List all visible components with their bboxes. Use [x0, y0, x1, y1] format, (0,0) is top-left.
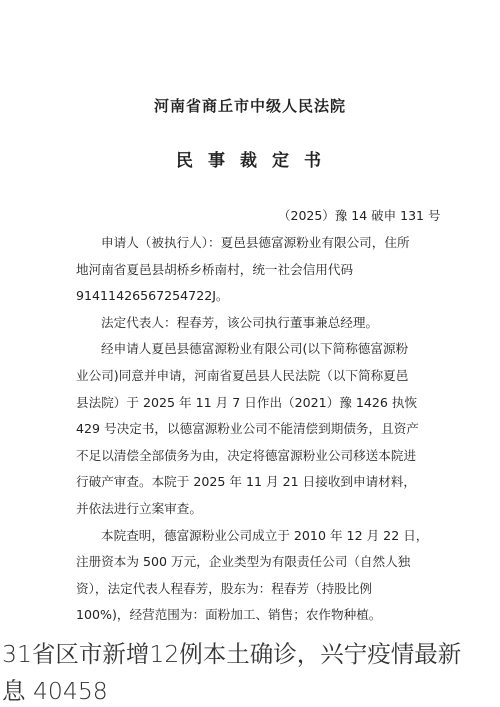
headline-line-2: 息 40458 — [2, 673, 500, 707]
case-number: （2025）豫 14 破申 131 号 — [278, 206, 440, 224]
findings-line: 资），法定代表人程春芳，股东为：程春芳（持股比例 — [76, 583, 372, 596]
paragraph-line: 行破产审查。本院于 2025 年 11 月 21 日接收到申请材料， — [76, 476, 416, 489]
document-type-title: 民事裁定书 — [0, 146, 500, 171]
paragraph-line: 经申请人夏邑县德富源粉业有限公司(以下简称德富源粉 — [101, 343, 408, 356]
applicant-line: 申请人（被执行人）：夏邑县德富源粉业有限公司，住所 — [101, 237, 410, 250]
legal-rep-line: 法定代表人：程春芳，该公司执行董事兼总经理。 — [101, 317, 378, 330]
paragraph-line: 并依法进行立案审查。 — [76, 503, 202, 516]
headline-overlay: 31省区市新增12例本土确诊，兴宁疫情最新 息 40458 — [2, 636, 500, 707]
address-line: 地河南省夏邑县胡桥乡桥南村，统一社会信用代码 — [76, 264, 353, 277]
paragraph-line: 业公司)同意并申请，河南省夏邑县人民法院（以下简称夏邑 — [76, 370, 408, 383]
findings-line: 100%)，经营范围为：面粉加工、销售；农作物种植。 — [76, 609, 381, 622]
credit-code-line: 91411426567254722J。 — [76, 290, 229, 303]
paragraph-line: 429 号决定书，以德富源粉业公司不能清偿到期债务，且资产 — [76, 423, 419, 436]
court-document: 河南省商丘市中级人民法院 民事裁定书 （2025）豫 14 破申 131 号 申… — [0, 0, 500, 707]
paragraph-line: 县法院）于 2025 年 11 月 7 日作出（2021）豫 1426 执恢 — [76, 397, 417, 410]
findings-line: 本院查明，德富源粉业公司成立于 2010 年 12 月 22 日， — [101, 530, 428, 543]
headline-line-1: 31省区市新增12例本土确诊，兴宁疫情最新 — [2, 636, 500, 673]
findings-line: 注册资本为 500 万元，企业类型为有限责任公司（自然人独 — [76, 556, 410, 569]
paragraph-line: 不足以清偿全部债务为由，决定将德富源粉业公司移送本院进 — [76, 450, 416, 463]
court-name: 河南省商丘市中级人民法院 — [0, 95, 500, 116]
